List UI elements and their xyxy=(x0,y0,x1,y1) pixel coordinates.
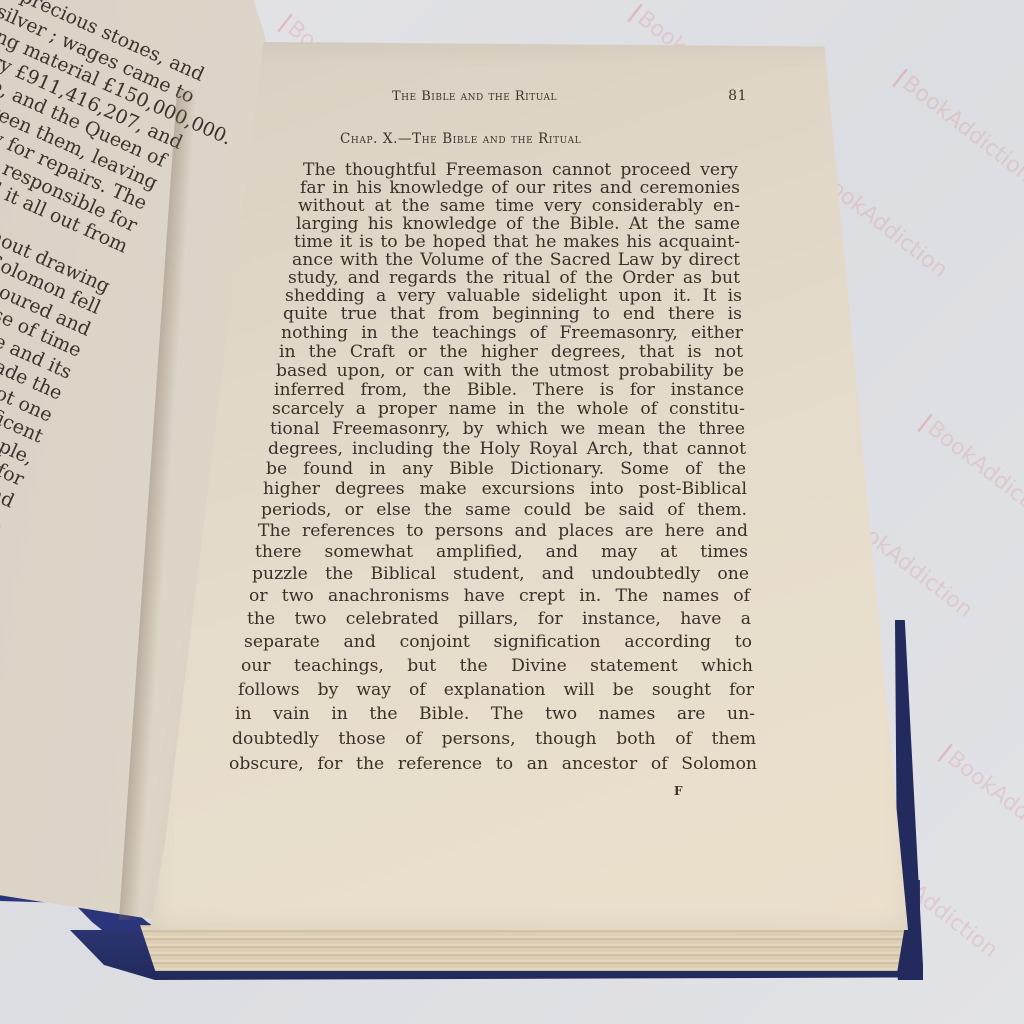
text-line: doubtedly those of persons, though both … xyxy=(232,729,756,749)
page-number: 81 xyxy=(728,88,747,104)
text-line: quite true that from beginning to end th… xyxy=(283,304,742,324)
text-line: in vain in the Bible. The two names are … xyxy=(235,704,755,724)
text-line: degrees, including the Holy Royal Arch, … xyxy=(268,439,746,459)
running-head-title: The Bible and the Ritual xyxy=(392,89,557,104)
watermark: BookAddiction xyxy=(890,65,1024,188)
text-line: tional Freemasonry, by which we mean the… xyxy=(270,419,745,439)
text-line: higher degrees make excursions into post… xyxy=(263,479,747,499)
text-line: obscure, for the reference to an ancesto… xyxy=(229,754,757,774)
text-line: follows by way of explanation will be so… xyxy=(238,680,754,700)
text-line: larging his knowledge of the Bible. At t… xyxy=(296,214,740,234)
text-line: shedding a very valuable sidelight upon … xyxy=(285,286,742,306)
text-line: there somewhat amplified, and may at tim… xyxy=(255,542,748,562)
text-line: The thoughtful Freemason cannot proceed … xyxy=(303,160,738,180)
text-line: our teachings, but the Divine statement … xyxy=(241,656,753,676)
book-photo: BookAddiction BookAddiction BookAddictio… xyxy=(0,0,1024,1024)
watermark: BookAddiction xyxy=(935,740,1024,863)
text-line: the two celebrated pillars, for instance… xyxy=(247,609,751,629)
text-line: or two anachronisms have crept in. The n… xyxy=(249,586,750,606)
watermark: BookAddiction xyxy=(915,410,1024,533)
signature-mark: F xyxy=(674,784,683,798)
text-line: based upon, or can with the utmost proba… xyxy=(276,361,744,381)
text-line: without at the same time very considerab… xyxy=(298,196,740,216)
text-line: scarcely a proper name in the whole of c… xyxy=(272,399,745,419)
chapter-title: Chap. X.—The Bible and the Ritual xyxy=(340,131,720,147)
running-head: The Bible and the Ritual 81 xyxy=(392,88,747,104)
text-line: separate and conjoint signification acco… xyxy=(244,632,752,652)
text-line: be found in any Bible Dictionary. Some o… xyxy=(266,459,746,479)
text-line: The references to persons and places are… xyxy=(258,521,748,541)
text-line: ance with the Volume of the Sacred Law b… xyxy=(292,250,740,270)
text-line: puzzle the Biblical student, and undoubt… xyxy=(252,564,749,584)
text-line: inferred from, the Bible. There is for i… xyxy=(274,380,744,400)
text-line: nothing in the teachings of Freemasonry,… xyxy=(281,323,743,343)
text-line: periods, or else the same could be said … xyxy=(261,500,747,520)
text-line: in the Craft or the higher degrees, that… xyxy=(279,342,743,362)
page-block-edge xyxy=(140,925,905,971)
text-line: time it is to be hoped that he makes his… xyxy=(294,232,740,252)
text-line: study, and regards the ritual of the Ord… xyxy=(288,268,740,288)
text-line: far in his knowledge of our rites and ce… xyxy=(300,178,740,198)
